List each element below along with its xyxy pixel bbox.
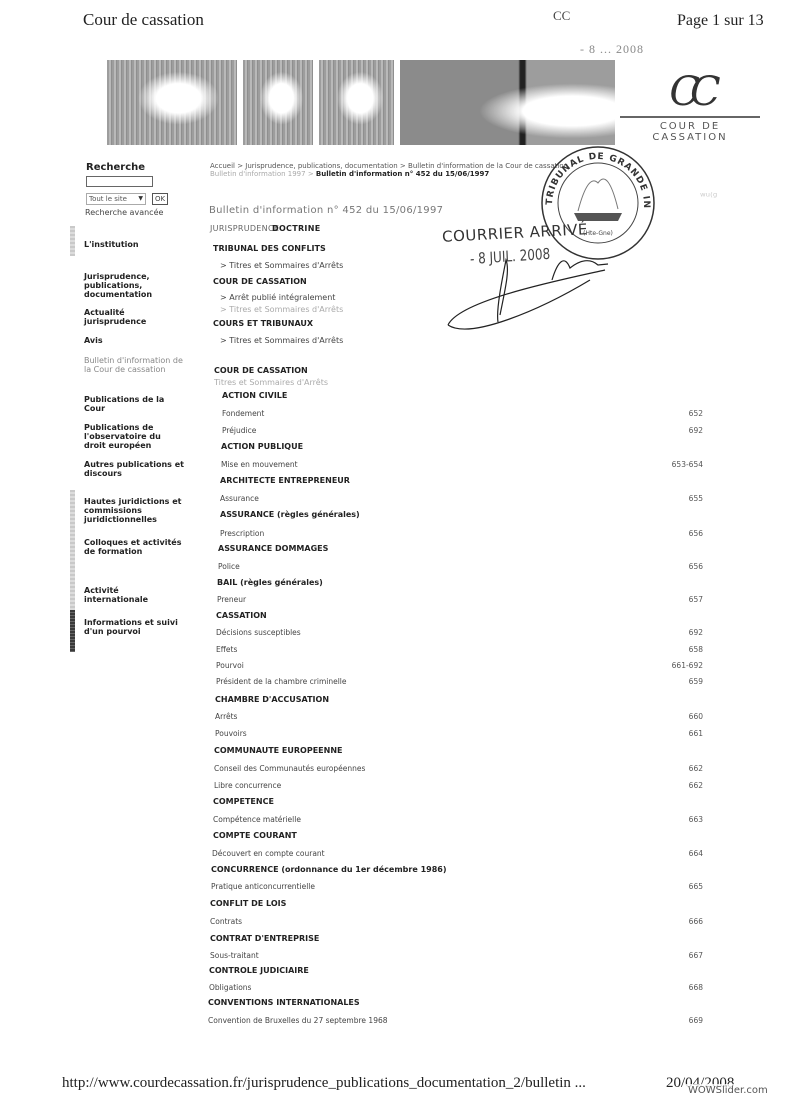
- index-heading: CHAMBRE D'ACCUSATION: [215, 695, 329, 704]
- breadcrumb-parent[interactable]: Bulletin d'information 1997 >: [210, 170, 314, 178]
- banner-photo-statue: [243, 60, 313, 145]
- breadcrumb[interactable]: Accueil > Jurisprudence, publications, d…: [210, 162, 568, 170]
- sidebar-item[interactable]: Actualité jurisprudence: [84, 308, 184, 326]
- index-page-number: 660: [643, 712, 703, 721]
- summary-heading: COUR DE CASSATION: [213, 277, 307, 286]
- section-heading: COUR DE CASSATION: [214, 366, 308, 375]
- print-footer-url: http://www.courdecassation.fr/jurisprude…: [62, 1075, 586, 1092]
- index-entry-link[interactable]: Préjudice: [222, 426, 256, 435]
- index-heading: CONCURRENCE (ordonnance du 1er décembre …: [211, 865, 446, 874]
- summary-link[interactable]: > Titres et Sommaires d'Arrêts: [220, 261, 343, 270]
- sidebar-item[interactable]: Autres publications et discours: [84, 460, 184, 478]
- index-entry-link[interactable]: Compétence matérielle: [213, 815, 301, 824]
- index-entry-link[interactable]: Fondement: [222, 409, 264, 418]
- index-entry-link[interactable]: Président de la chambre criminelle: [216, 677, 346, 686]
- nav-indicator-bar: [70, 226, 75, 256]
- index-entry-link[interactable]: Sous-traitant: [210, 951, 259, 960]
- sidebar-item[interactable]: Colloques et activités de formation: [84, 538, 184, 556]
- nav-indicator-bar-active: [70, 610, 75, 652]
- breadcrumb-line2[interactable]: Bulletin d'information 1997 > Bulletin d…: [210, 170, 489, 178]
- index-page-number: 653-654: [643, 460, 703, 469]
- index-entry-link[interactable]: Découvert en compte courant: [212, 849, 325, 858]
- index-entry-link[interactable]: Mise en mouvement: [221, 460, 298, 469]
- search-input[interactable]: [86, 176, 153, 187]
- index-heading: CONFLIT DE LOIS: [210, 899, 286, 908]
- index-heading: COMPTE COURANT: [213, 831, 297, 840]
- index-page-number: 659: [643, 677, 703, 686]
- search-label: Recherche: [86, 162, 145, 173]
- index-entry-link[interactable]: Effets: [216, 645, 237, 654]
- index-page-number: 656: [643, 529, 703, 538]
- index-page-number: 658: [643, 645, 703, 654]
- index-page-number: 664: [643, 849, 703, 858]
- index-page-number: 665: [643, 882, 703, 891]
- advanced-search-link[interactable]: Recherche avancée: [85, 208, 163, 217]
- tab-doctrine[interactable]: DOCTRINE: [272, 224, 320, 233]
- header-banner: [107, 60, 617, 145]
- breadcrumb-current: Bulletin d'information n° 452 du 15/06/1…: [316, 170, 489, 178]
- index-entry-link[interactable]: Conseil des Communautés européennes: [214, 764, 365, 773]
- index-page-number: 661-692: [643, 661, 703, 670]
- summary-link[interactable]: > Titres et Sommaires d'Arrêts: [220, 305, 343, 314]
- faint-handwriting: ʷᵘ⁽ᵍ: [700, 190, 717, 203]
- page-indicator: Page 1 sur 13: [677, 12, 764, 30]
- index-page-number: 666: [643, 917, 703, 926]
- sidebar-item[interactable]: L'institution: [84, 240, 184, 249]
- svg-text:TRIBUNAL DE GRANDE INSTANCE DE: TRIBUNAL DE GRANDE INSTANCE DE TOULOUSE: [538, 143, 651, 209]
- summary-link[interactable]: > Arrêt publié intégralement: [220, 293, 335, 302]
- index-page-number: 692: [643, 628, 703, 637]
- index-page-number: 652: [643, 409, 703, 418]
- summary-heading: COURS ET TRIBUNAUX: [213, 319, 313, 328]
- index-heading: COMMUNAUTE EUROPEENNE: [214, 746, 343, 755]
- index-heading: COMPETENCE: [213, 797, 274, 806]
- index-heading: BAIL (règles générales): [217, 578, 323, 587]
- index-entry-link[interactable]: Contrats: [210, 917, 242, 926]
- index-page-number: 662: [643, 781, 703, 790]
- index-page-number: 692: [643, 426, 703, 435]
- nav-indicator-bar: [70, 490, 75, 610]
- index-page-number: 655: [643, 494, 703, 503]
- index-entry-link[interactable]: Pratique anticoncurrentielle: [211, 882, 315, 891]
- sidebar-item[interactable]: Informations et suivi d'un pourvoi: [84, 618, 184, 636]
- index-page-number: 667: [643, 951, 703, 960]
- search-ok-button[interactable]: OK: [152, 193, 168, 205]
- banner-photo-busts: [107, 60, 237, 145]
- handwritten-mark: CC: [553, 8, 570, 24]
- index-entry-link[interactable]: Décisions susceptibles: [216, 628, 301, 637]
- index-heading: CONTRAT D'ENTREPRISE: [210, 934, 319, 943]
- sidebar-item[interactable]: Activité internationale: [84, 586, 184, 604]
- index-heading: CASSATION: [216, 611, 267, 620]
- summary-link[interactable]: > Titres et Sommaires d'Arrêts: [220, 336, 343, 345]
- print-header-title: Cour de cassation: [83, 10, 204, 30]
- logo-monogram-icon: CC: [620, 70, 760, 114]
- date-smudge: - 8 ... 2008: [580, 42, 644, 57]
- banner-photo-portrait: [319, 60, 394, 145]
- section-subheading: Titres et Sommaires d'Arrêts: [214, 378, 328, 387]
- sidebar-item[interactable]: Jurisprudence, publications, documentati…: [84, 272, 184, 299]
- banner-photo-bust-closeup: [400, 60, 615, 145]
- index-entry-link[interactable]: Assurance: [220, 494, 259, 503]
- page-title: Bulletin d'information n° 452 du 15/06/1…: [209, 205, 443, 216]
- tab-jurisprudence[interactable]: JURISPRUDENCE: [210, 224, 279, 233]
- index-page-number: 668: [643, 983, 703, 992]
- index-entry-link[interactable]: Libre concurrence: [214, 781, 281, 790]
- index-entry-link[interactable]: Pourvoi: [216, 661, 244, 670]
- index-heading: ACTION PUBLIQUE: [221, 442, 303, 451]
- index-entry-link[interactable]: Convention de Bruxelles du 27 septembre …: [208, 1016, 388, 1025]
- sidebar-item[interactable]: Publications de l'observatoire du droit …: [84, 423, 184, 450]
- index-page-number: 661: [643, 729, 703, 738]
- index-page-number: 663: [643, 815, 703, 824]
- scope-selected-value: Tout le site: [89, 195, 127, 203]
- index-page-number: 662: [643, 764, 703, 773]
- index-heading: CONTROLE JUDICIAIRE: [209, 966, 309, 975]
- index-entry-link[interactable]: Pouvoirs: [215, 729, 247, 738]
- logo-name: COUR DE CASSATION: [620, 121, 760, 143]
- logo-divider: [620, 116, 760, 118]
- index-page-number: 669: [643, 1016, 703, 1025]
- index-entry-link[interactable]: Arrêts: [215, 712, 237, 721]
- sidebar-item[interactable]: Publications de la Cour: [84, 395, 184, 413]
- watermark: WOWSlider.com: [686, 1084, 770, 1097]
- sidebar-item[interactable]: Bulletin d'information de la Cour de cas…: [84, 356, 184, 374]
- index-entry-link[interactable]: Preneur: [217, 595, 246, 604]
- index-heading: CONVENTIONS INTERNATIONALES: [208, 998, 360, 1007]
- index-entry-link[interactable]: Prescription: [220, 529, 264, 538]
- search-scope-select[interactable]: Tout le site ▼: [86, 193, 146, 205]
- index-heading: ARCHITECTE ENTREPRENEUR: [220, 476, 350, 485]
- cour-de-cassation-logo[interactable]: CC COUR DE CASSATION: [620, 70, 760, 140]
- sidebar-item[interactable]: Avis: [84, 336, 184, 345]
- index-entry-link[interactable]: Obligations: [209, 983, 251, 992]
- index-page-number: 657: [643, 595, 703, 604]
- index-entry-link[interactable]: Police: [218, 562, 240, 571]
- index-heading: ASSURANCE (règles générales): [220, 510, 360, 519]
- sidebar-item[interactable]: Hautes juridictions et commissions jurid…: [84, 497, 184, 524]
- signature-icon: [440, 240, 640, 340]
- index-page-number: 656: [643, 562, 703, 571]
- chevron-down-icon: ▼: [138, 195, 143, 202]
- index-heading: ACTION CIVILE: [222, 391, 287, 400]
- summary-heading: TRIBUNAL DES CONFLITS: [213, 244, 326, 253]
- index-heading: ASSURANCE DOMMAGES: [218, 544, 328, 553]
